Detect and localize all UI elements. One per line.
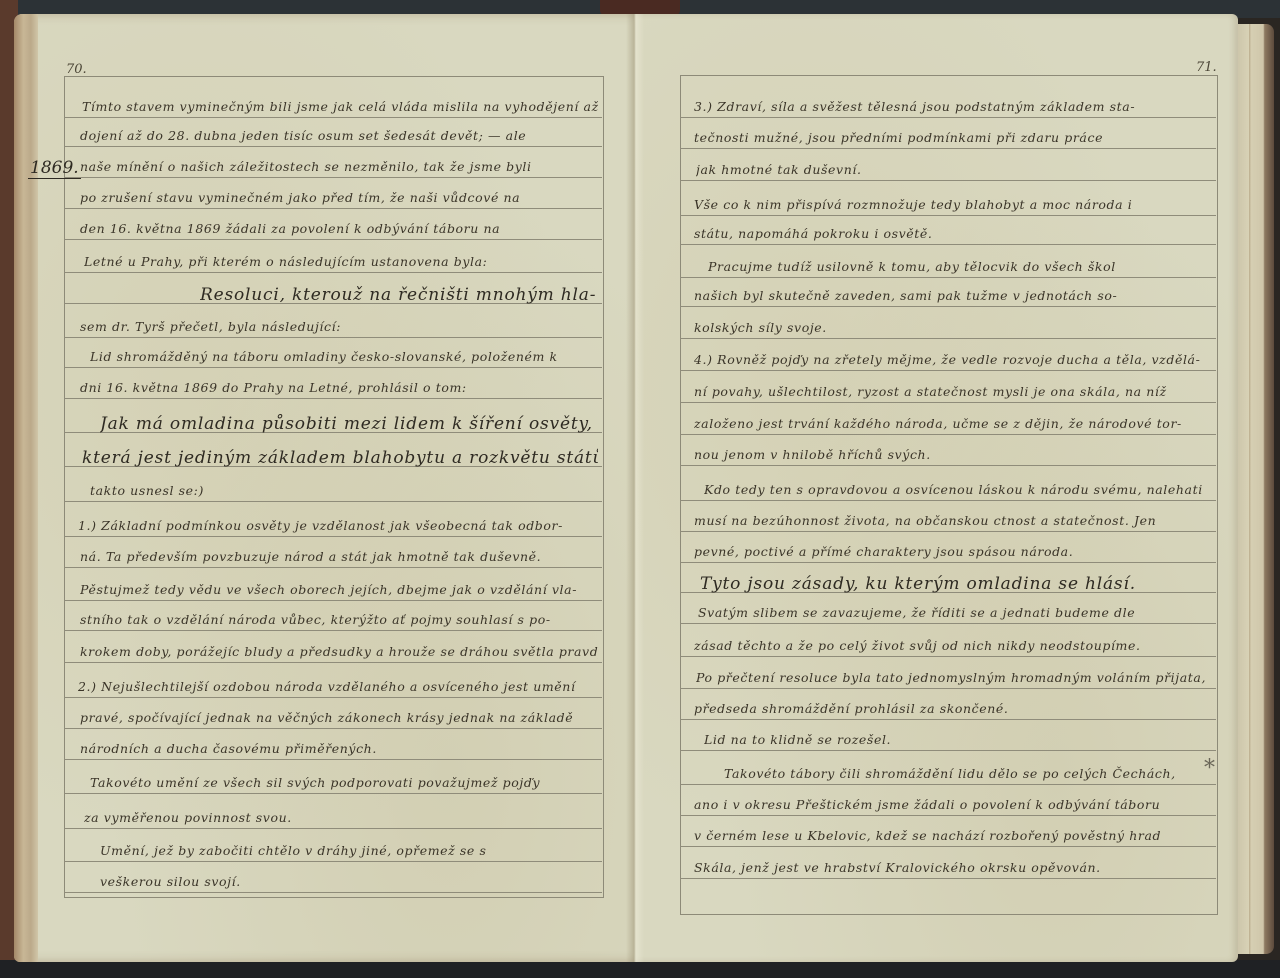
handwritten-line: Tyto jsou zásady, ku kterým omladina se …: [700, 574, 1210, 594]
handwritten-line: zásad těchto a že po celý život svůj od …: [694, 638, 1210, 653]
ruled-line: [680, 688, 1216, 689]
ruled-line: [64, 828, 602, 829]
handwritten-line: Pracujme tudíž usilovně k tomu, aby tělo…: [708, 259, 1210, 274]
ruled-line: [680, 719, 1216, 720]
handwritten-line: která jest jediným základem blahobytu a …: [82, 448, 598, 468]
handwritten-line: jak hmotné tak duševní.: [696, 162, 1210, 177]
ruled-line: [64, 536, 602, 537]
handwritten-line: národních a ducha časovému přiměřených.: [80, 741, 598, 756]
handwritten-line: Jak má omladina působiti mezi lidem k ší…: [100, 414, 598, 434]
handwritten-line: po zrušení stavu vyminečném jako před tí…: [80, 190, 598, 205]
ruled-line: [64, 892, 602, 893]
handwritten-line: za vyměřenou povinnost svou.: [84, 810, 598, 825]
ruled-line: [680, 215, 1216, 216]
left-page-edge: [14, 14, 38, 962]
ruled-line: [64, 728, 602, 729]
handwritten-line: předseda shromáždění prohlásil za skonče…: [694, 701, 1210, 716]
handwritten-line: pravé, spočívající jednak na věčných zák…: [80, 710, 598, 725]
handwritten-line: Takovéto umění ze všech sil svých podpor…: [90, 775, 598, 790]
ruled-line: [680, 180, 1216, 181]
handwritten-line: dni 16. května 1869 do Prahy na Letné, p…: [80, 380, 598, 395]
ruled-line: [64, 208, 602, 209]
handwritten-line: Lid shromážděný na táboru omladiny česko…: [90, 349, 598, 364]
ruled-line: [680, 434, 1216, 435]
ruled-line: [680, 402, 1216, 403]
right-page-number: 71.: [1196, 60, 1217, 75]
handwritten-line: v černém lese u Kbelovic, kdež se nacház…: [694, 828, 1210, 843]
book-cover-bottom: [0, 960, 1280, 978]
handwritten-line: 2.) Nejušlechtilejší ozdobou národa vzdě…: [78, 679, 598, 694]
ruled-line: [680, 338, 1216, 339]
ruled-line: [680, 531, 1216, 532]
ruled-line: [680, 784, 1216, 785]
margin-year-note: 1869.: [28, 158, 81, 179]
ruled-line: [64, 337, 602, 338]
ruled-line: [680, 656, 1216, 657]
ruled-line: [64, 697, 602, 698]
handwritten-line: Resoluci, kterouž na řečništi mnohým hla…: [200, 285, 598, 305]
ruled-line: [64, 398, 602, 399]
handwritten-line: nou jenom v hnilobě hříchů svých.: [694, 447, 1210, 462]
handwritten-line: státu, napomáhá pokroku i osvětě.: [694, 226, 1210, 241]
handwritten-line: založeno jest trvání každého národa, učm…: [694, 416, 1210, 431]
handwritten-line: veškerou silou svojí.: [100, 874, 598, 889]
handwritten-line: Lid na to klidně se rozešel.: [704, 732, 1210, 747]
ruled-line: [680, 562, 1216, 563]
ruled-line: [64, 272, 602, 273]
handwritten-line: tečnosti mužné, jsou předními podmínkami…: [694, 130, 1210, 145]
ruled-line: [680, 117, 1216, 118]
ruled-line: [680, 465, 1216, 466]
ruled-line: [64, 146, 602, 147]
ruled-line: [64, 630, 602, 631]
ruled-line: [64, 567, 602, 568]
handwritten-line: našich byl skutečně zaveden, sami pak tu…: [694, 288, 1210, 303]
handwritten-line: naše mínění o našich záležitostech se ne…: [80, 159, 598, 174]
handwritten-line: Tímto stavem vyminečným bili jsme jak ce…: [82, 99, 598, 114]
ruled-line: [680, 623, 1216, 624]
ruled-line: [64, 367, 602, 368]
handwritten-line: 1.) Základní podmínkou osvěty je vzdělan…: [78, 518, 598, 533]
ruled-line: [680, 846, 1216, 847]
handwritten-line: sem dr. Tyrš přečetl, byla následující:: [80, 319, 598, 334]
ruled-line: [680, 306, 1216, 307]
ruled-line: [680, 878, 1216, 879]
handwritten-line: ní povahy, ušlechtilost, ryzost a stateč…: [694, 384, 1210, 399]
handwritten-line: den 16. května 1869 žádali za povolení k…: [80, 221, 598, 236]
handwritten-line: Skála, jenž jest ve hrabství Kralovickéh…: [694, 860, 1210, 875]
ruled-line: [680, 500, 1216, 501]
handwritten-line: musí na bezúhonnost života, na občanskou…: [694, 513, 1210, 528]
ruled-line: [64, 793, 602, 794]
handwritten-line: 3.) Zdraví, síla a svěžest tělesná jsou …: [694, 99, 1210, 114]
ruled-line: [64, 759, 602, 760]
ruled-line: [680, 815, 1216, 816]
ruled-line: [680, 750, 1216, 751]
handwritten-line: ano i v okresu Přeštickém jsme žádali o …: [694, 797, 1210, 812]
ruled-line: [64, 177, 602, 178]
handwritten-line: Takovéto tábory čili shromáždění lidu dě…: [724, 766, 1210, 781]
ruled-line: [680, 244, 1216, 245]
handwritten-line: stního tak o vzdělání národa vůbec, kter…: [80, 612, 598, 627]
book-gutter: [626, 14, 644, 962]
ruled-line: [64, 662, 602, 663]
handwritten-line: Letné u Prahy, při kterém o následujícím…: [84, 254, 598, 269]
handwritten-line: ná. Ta především povzbuzuje národ a stát…: [80, 549, 598, 564]
handwritten-line: Pěstujmež tedy vědu ve všech oborech jej…: [80, 582, 598, 597]
left-page-number: 70.: [66, 62, 87, 77]
handwritten-line: takto usnesl se:): [90, 483, 598, 498]
ruled-line: [64, 501, 602, 502]
handwritten-line: 4.) Rovněž pojďy na zřetely mějme, že ve…: [694, 352, 1210, 367]
handwritten-line: Po přečtení resoluce byla tato jednomysl…: [696, 670, 1210, 685]
ruled-line: [64, 861, 602, 862]
ruled-line: [64, 239, 602, 240]
ruled-line: [680, 370, 1216, 371]
handwritten-line: Vše co k nim přispívá rozmnožuje tedy bl…: [694, 197, 1210, 212]
handwritten-line: kolských síly svoje.: [694, 320, 1210, 335]
ruled-line: [64, 600, 602, 601]
page-stack-edge: [1238, 24, 1274, 954]
handwritten-line: Kdo tedy ten s opravdovou a osvícenou lá…: [704, 482, 1210, 497]
ruled-line: [680, 148, 1216, 149]
handwritten-line: Svatým slibem se zavazujeme, že říditi s…: [698, 605, 1210, 620]
handwritten-line: pevné, poctivé a přímé charaktery jsou s…: [694, 544, 1210, 559]
ruled-line: [64, 117, 602, 118]
handwritten-line: krokem doby, porážejíc bludy a předsudky…: [80, 644, 598, 659]
handwritten-line: Umění, jež by zabočiti chtělo v dráhy ji…: [100, 843, 598, 858]
ruled-line: [680, 277, 1216, 278]
handwritten-line: dojení až do 28. dubna jeden tisíc osum …: [80, 128, 598, 143]
